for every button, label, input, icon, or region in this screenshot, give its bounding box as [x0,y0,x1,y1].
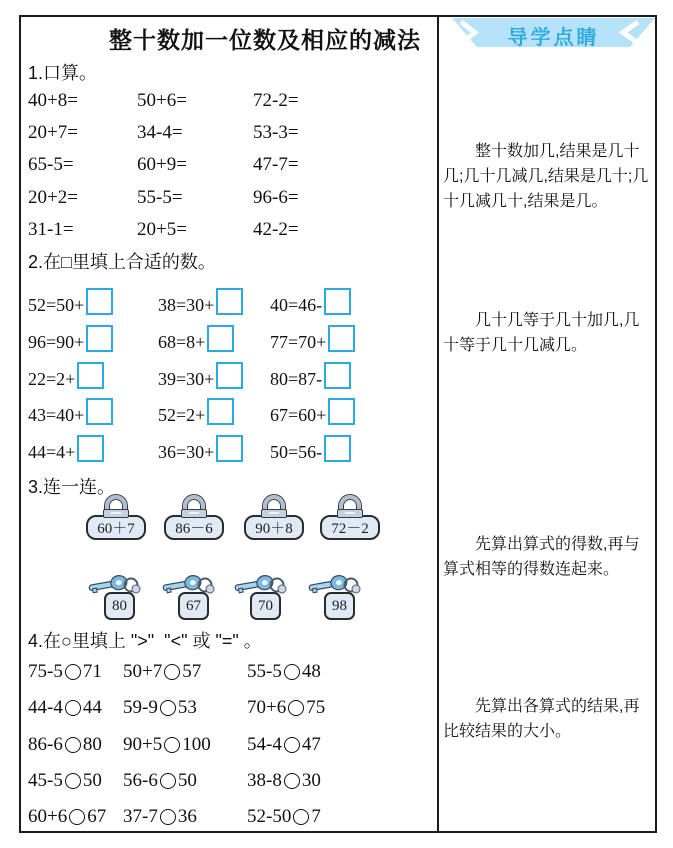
sidebar-header: 导学点睛 [452,21,655,50]
oral-problem: 55-5= [137,187,253,219]
answer-circle [284,737,300,753]
compare-problem: 90+5100 [123,734,247,770]
answer-circle [65,737,81,753]
compare-left: 60+6 [28,806,67,827]
answer-box [207,398,234,425]
compare-right: 53 [178,697,197,718]
compare-left: 52-50 [247,806,291,827]
key-tag: 98 [324,592,355,620]
fill-equation-text: 80=87- [270,369,322,389]
section1-heading: 1.口算。 [28,59,97,85]
fill-equation: 96=90+ [28,325,158,362]
fill-equation: 36=30+ [158,435,270,472]
compare-problem: 55-548 [247,661,325,697]
tip-section3: 先算出算式的得数,再与算式相等的得数连起来。 [443,532,651,582]
compare-left: 56-6 [123,770,158,791]
answer-circle [69,809,85,825]
fill-equation-text: 36=30+ [158,442,214,462]
fill-equation: 40=46- [270,288,355,325]
lock: 72－2 [320,494,380,542]
oral-problem: 34-4= [137,122,253,154]
answer-box [324,435,351,462]
fill-equation: 43=40+ [28,398,158,435]
oral-problem: 72-2= [253,90,299,122]
compare-right: 44 [83,697,102,718]
locks-row: 60＋786－690＋872－2 [21,494,437,558]
fill-equation-text: 77=70+ [270,332,326,352]
key-tag: 80 [104,592,135,620]
key-tag: 67 [178,592,209,620]
lock-clasp-icon [261,509,287,518]
compare-right: 36 [178,806,197,827]
key: 98 [308,572,366,636]
fill-equation-text: 68=8+ [158,332,205,352]
fill-equation-text: 22=2+ [28,369,75,389]
compare-problem: 44-444 [28,697,123,733]
fill-equation-text: 67=60+ [270,405,326,425]
fill-equation-text: 96=90+ [28,332,84,352]
compare-problem: 60+667 [28,806,123,842]
compare-problem: 75-571 [28,661,123,697]
compare-grid: 75-57150+75755-54844-44459-95370+67586-6… [28,661,325,842]
oral-problem: 20+5= [137,219,253,251]
compare-right: 48 [302,661,321,682]
lock: 60＋7 [86,494,146,542]
lock-clasp-icon [103,509,129,518]
fill-equation-text: 52=2+ [158,405,205,425]
oral-problem: 40+8= [28,90,137,122]
compare-right: 30 [302,770,321,791]
compare-problem: 38-830 [247,770,325,806]
answer-box [207,325,234,352]
lock: 90＋8 [244,494,304,542]
answer-circle [293,809,309,825]
lock-label: 86－6 [164,515,224,540]
answer-circle [284,773,300,789]
lock-clasp-icon [337,509,363,518]
oral-problem: 96-6= [253,187,299,219]
compare-problem: 86-680 [28,734,123,770]
compare-right: 50 [83,770,102,791]
compare-left: 50+7 [123,661,162,682]
compare-right: 47 [302,734,321,755]
compare-left: 55-5 [247,661,282,682]
compare-right: 67 [87,806,106,827]
fill-equation-text: 43=40+ [28,405,84,425]
fill-equation: 44=4+ [28,435,158,472]
answer-box [324,288,351,315]
answer-circle [65,700,81,716]
fill-equation: 67=60+ [270,398,355,435]
compare-left: 45-5 [28,770,63,791]
compare-left: 90+5 [123,734,162,755]
compare-left: 44-4 [28,697,63,718]
compare-left: 54-4 [247,734,282,755]
compare-problem: 70+675 [247,697,325,733]
answer-box [216,435,243,462]
answer-box [77,435,104,462]
answer-box [216,288,243,315]
oral-problem: 42-2= [253,219,299,251]
compare-right: 50 [178,770,197,791]
page-title: 整十数加一位数及相应的减法 [21,22,437,55]
oral-problem: 20+7= [28,122,137,154]
section2-heading: 2.在□里填上合适的数。 [28,248,216,274]
answer-circle [160,700,176,716]
compare-problem: 59-953 [123,697,247,733]
oral-problem: 53-3= [253,122,299,154]
fill-equation-text: 44=4+ [28,442,75,462]
compare-right: 71 [83,661,102,682]
answer-box [77,362,104,389]
lock-label: 72－2 [320,515,380,540]
lock-clasp-icon [181,509,207,518]
oral-problem: 47-7= [253,154,299,186]
compare-left: 38-8 [247,770,282,791]
sidebar-banner: 导学点睛 [452,18,655,47]
fill-equation-text: 50=56- [270,442,322,462]
oral-problem: 31-1= [28,219,137,251]
compare-right: 100 [182,734,211,755]
tip-section4: 先算出各算式的结果,再比较结果的大小。 [443,694,651,744]
fill-equation: 52=50+ [28,288,158,325]
compare-left: 37-7 [123,806,158,827]
fill-equation-text: 38=30+ [158,295,214,315]
lock-label: 60＋7 [86,515,146,540]
fill-equation: 68=8+ [158,325,270,362]
lock: 86－6 [164,494,224,542]
answer-box [328,325,355,352]
fill-equation: 22=2+ [28,362,158,399]
compare-left: 86-6 [28,734,63,755]
compare-problem: 37-736 [123,806,247,842]
answer-circle [284,664,300,680]
tip-section1: 整十数加几,结果是几十几;几十几减几,结果是几十;几十几减几十,结果是几。 [443,139,651,214]
fill-equation: 77=70+ [270,325,355,362]
fill-equation: 38=30+ [158,288,270,325]
fill-equation: 50=56- [270,435,355,472]
oral-problem: 20+2= [28,187,137,219]
oral-problem: 65-5= [28,154,137,186]
compare-right: 80 [83,734,102,755]
answer-box [86,325,113,352]
fill-box-grid: 52=50+38=30+40=46-96=90+68=8+77=70+22=2+… [28,288,355,472]
compare-right: 7 [311,806,321,827]
fill-equation: 52=2+ [158,398,270,435]
compare-left: 59-9 [123,697,158,718]
compare-problem: 52-507 [247,806,325,842]
fill-equation: 39=30+ [158,362,270,399]
compare-left: 70+6 [247,697,286,718]
answer-circle [164,737,180,753]
fill-equation-text: 52=50+ [28,295,84,315]
answer-circle [65,664,81,680]
fill-equation-text: 39=30+ [158,369,214,389]
answer-box [324,362,351,389]
answer-circle [160,809,176,825]
compare-right: 75 [306,697,325,718]
answer-circle [288,700,304,716]
fill-equation-text: 40=46- [270,295,322,315]
compare-problem: 56-650 [123,770,247,806]
answer-box [216,362,243,389]
answer-circle [160,773,176,789]
compare-problem: 50+757 [123,661,247,697]
answer-box [86,288,113,315]
answer-box [328,398,355,425]
compare-problem: 45-550 [28,770,123,806]
lock-label: 90＋8 [244,515,304,540]
oral-problem: 60+9= [137,154,253,186]
compare-problem: 54-447 [247,734,325,770]
tip-section2: 几十几等于几十加几,几十等于几十几减几。 [443,308,651,358]
oral-problems-grid: 40+8=50+6=72-2=20+7=34-4=53-3=65-5=60+9=… [28,90,299,251]
answer-circle [164,664,180,680]
compare-right: 57 [182,661,201,682]
worksheet-frame: 整十数加一位数及相应的减法 1.口算。 40+8=50+6=72-2=20+7=… [19,15,657,833]
oral-problem: 50+6= [137,90,253,122]
fill-equation: 80=87- [270,362,355,399]
key-tag: 70 [250,592,281,620]
answer-box [86,398,113,425]
answer-circle [65,773,81,789]
compare-left: 75-5 [28,661,63,682]
section4-heading: 4.在○里填上 ">" "<" 或 "=" 。 [28,627,262,653]
column-divider [437,17,439,831]
